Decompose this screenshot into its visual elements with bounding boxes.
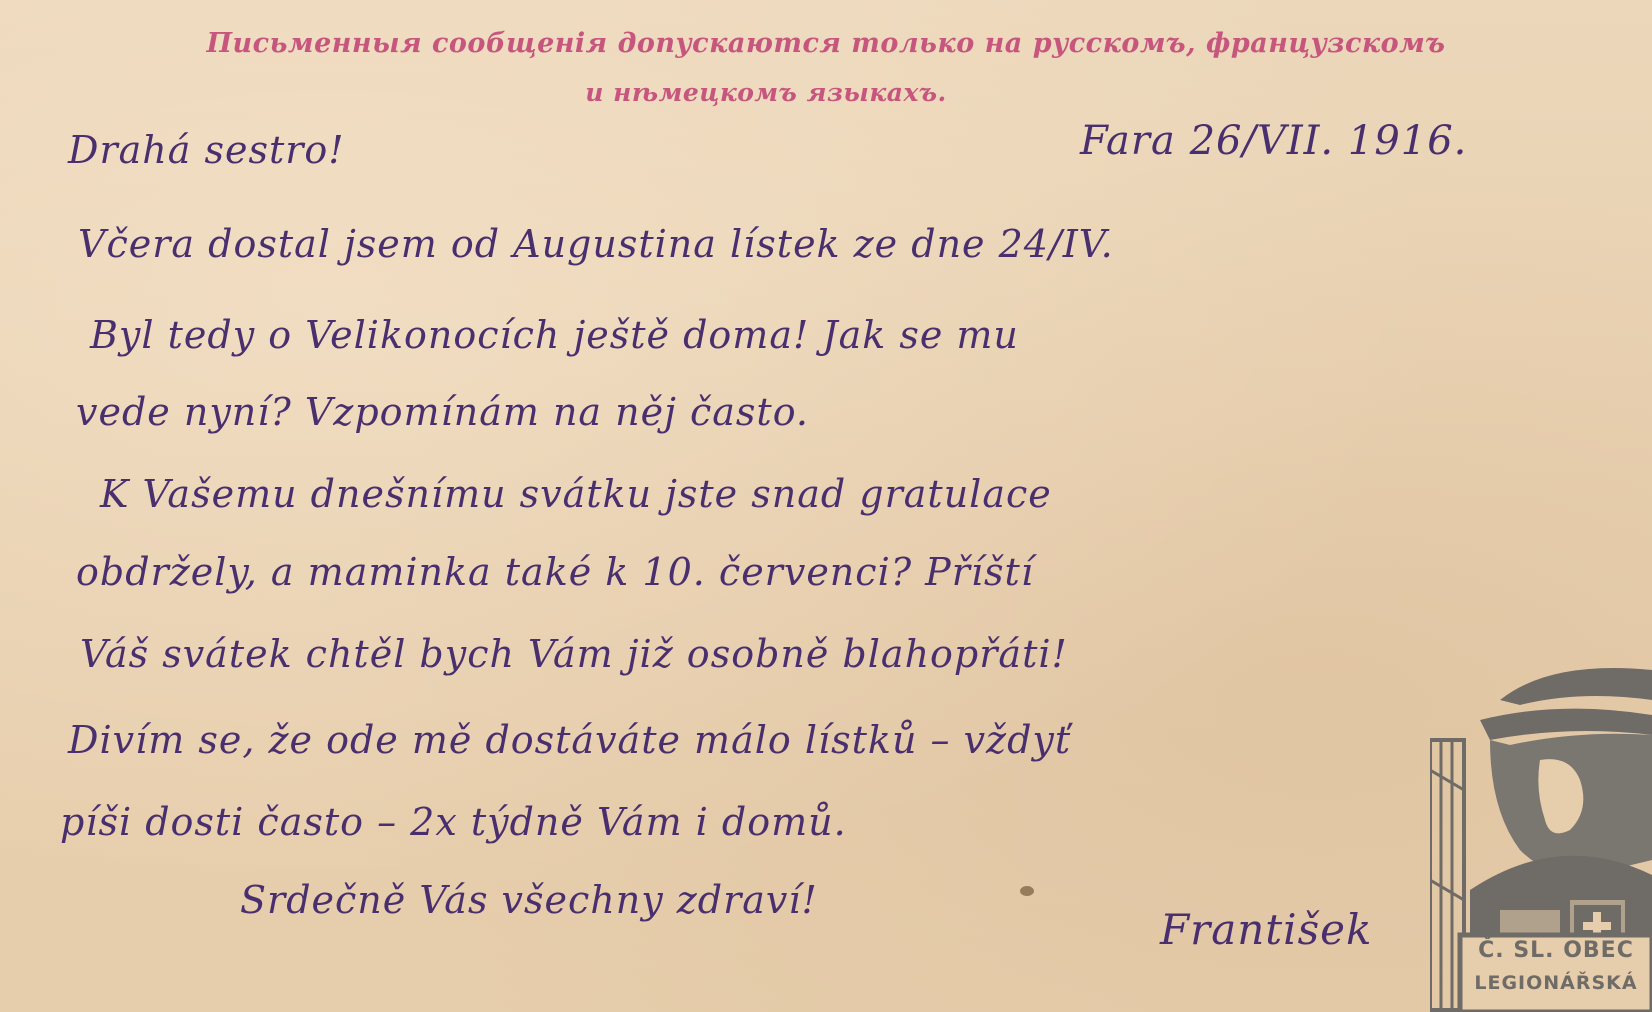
letter-line: Byl tedy o Velikonocích ještě doma! Jak … — [90, 313, 1019, 357]
letter-line: Váš svátek chtěl bych Vám již osobně bla… — [80, 632, 1068, 676]
letter-place-date: Fara 26/VII. 1916. — [1080, 118, 1467, 164]
letter-line: vede nyní? Vzpomínám na něj často. — [76, 390, 809, 434]
letter-line: K Vašemu dnešnímu svátku jste snad gratu… — [100, 472, 1052, 516]
legionnaire-community-logo: Č. SL. OBEC LEGIONÁŘSKÁ — [1430, 660, 1652, 1012]
printed-censorship-notice-line1: Письменныя сообщенія допускаются только … — [0, 28, 1652, 59]
letter-line: Včera dostal jsem od Augustina lístek ze… — [78, 222, 1114, 266]
postcard: Письменныя сообщенія допускаются только … — [0, 0, 1652, 1012]
letter-signature: František — [1160, 905, 1372, 954]
letter-line: píši dosti často – 2x týdně Vám i domů. — [60, 800, 847, 844]
ink-stain — [1020, 886, 1034, 896]
logo-text-line2: LEGIONÁŘSKÁ — [1460, 972, 1652, 994]
letter-salutation: Drahá sestro! — [68, 128, 345, 172]
printed-censorship-notice-line2: и нѣмецкомъ языкахъ. — [0, 78, 1592, 107]
letter-closing: Srdečně Vás všechny zdraví! — [240, 878, 818, 922]
logo-text-line1: Č. SL. OBEC — [1460, 938, 1652, 963]
letter-line: Divím se, že ode mě dostáváte málo lístk… — [68, 718, 1071, 762]
letter-line: obdržely, a maminka také k 10. červenci?… — [76, 550, 1034, 594]
